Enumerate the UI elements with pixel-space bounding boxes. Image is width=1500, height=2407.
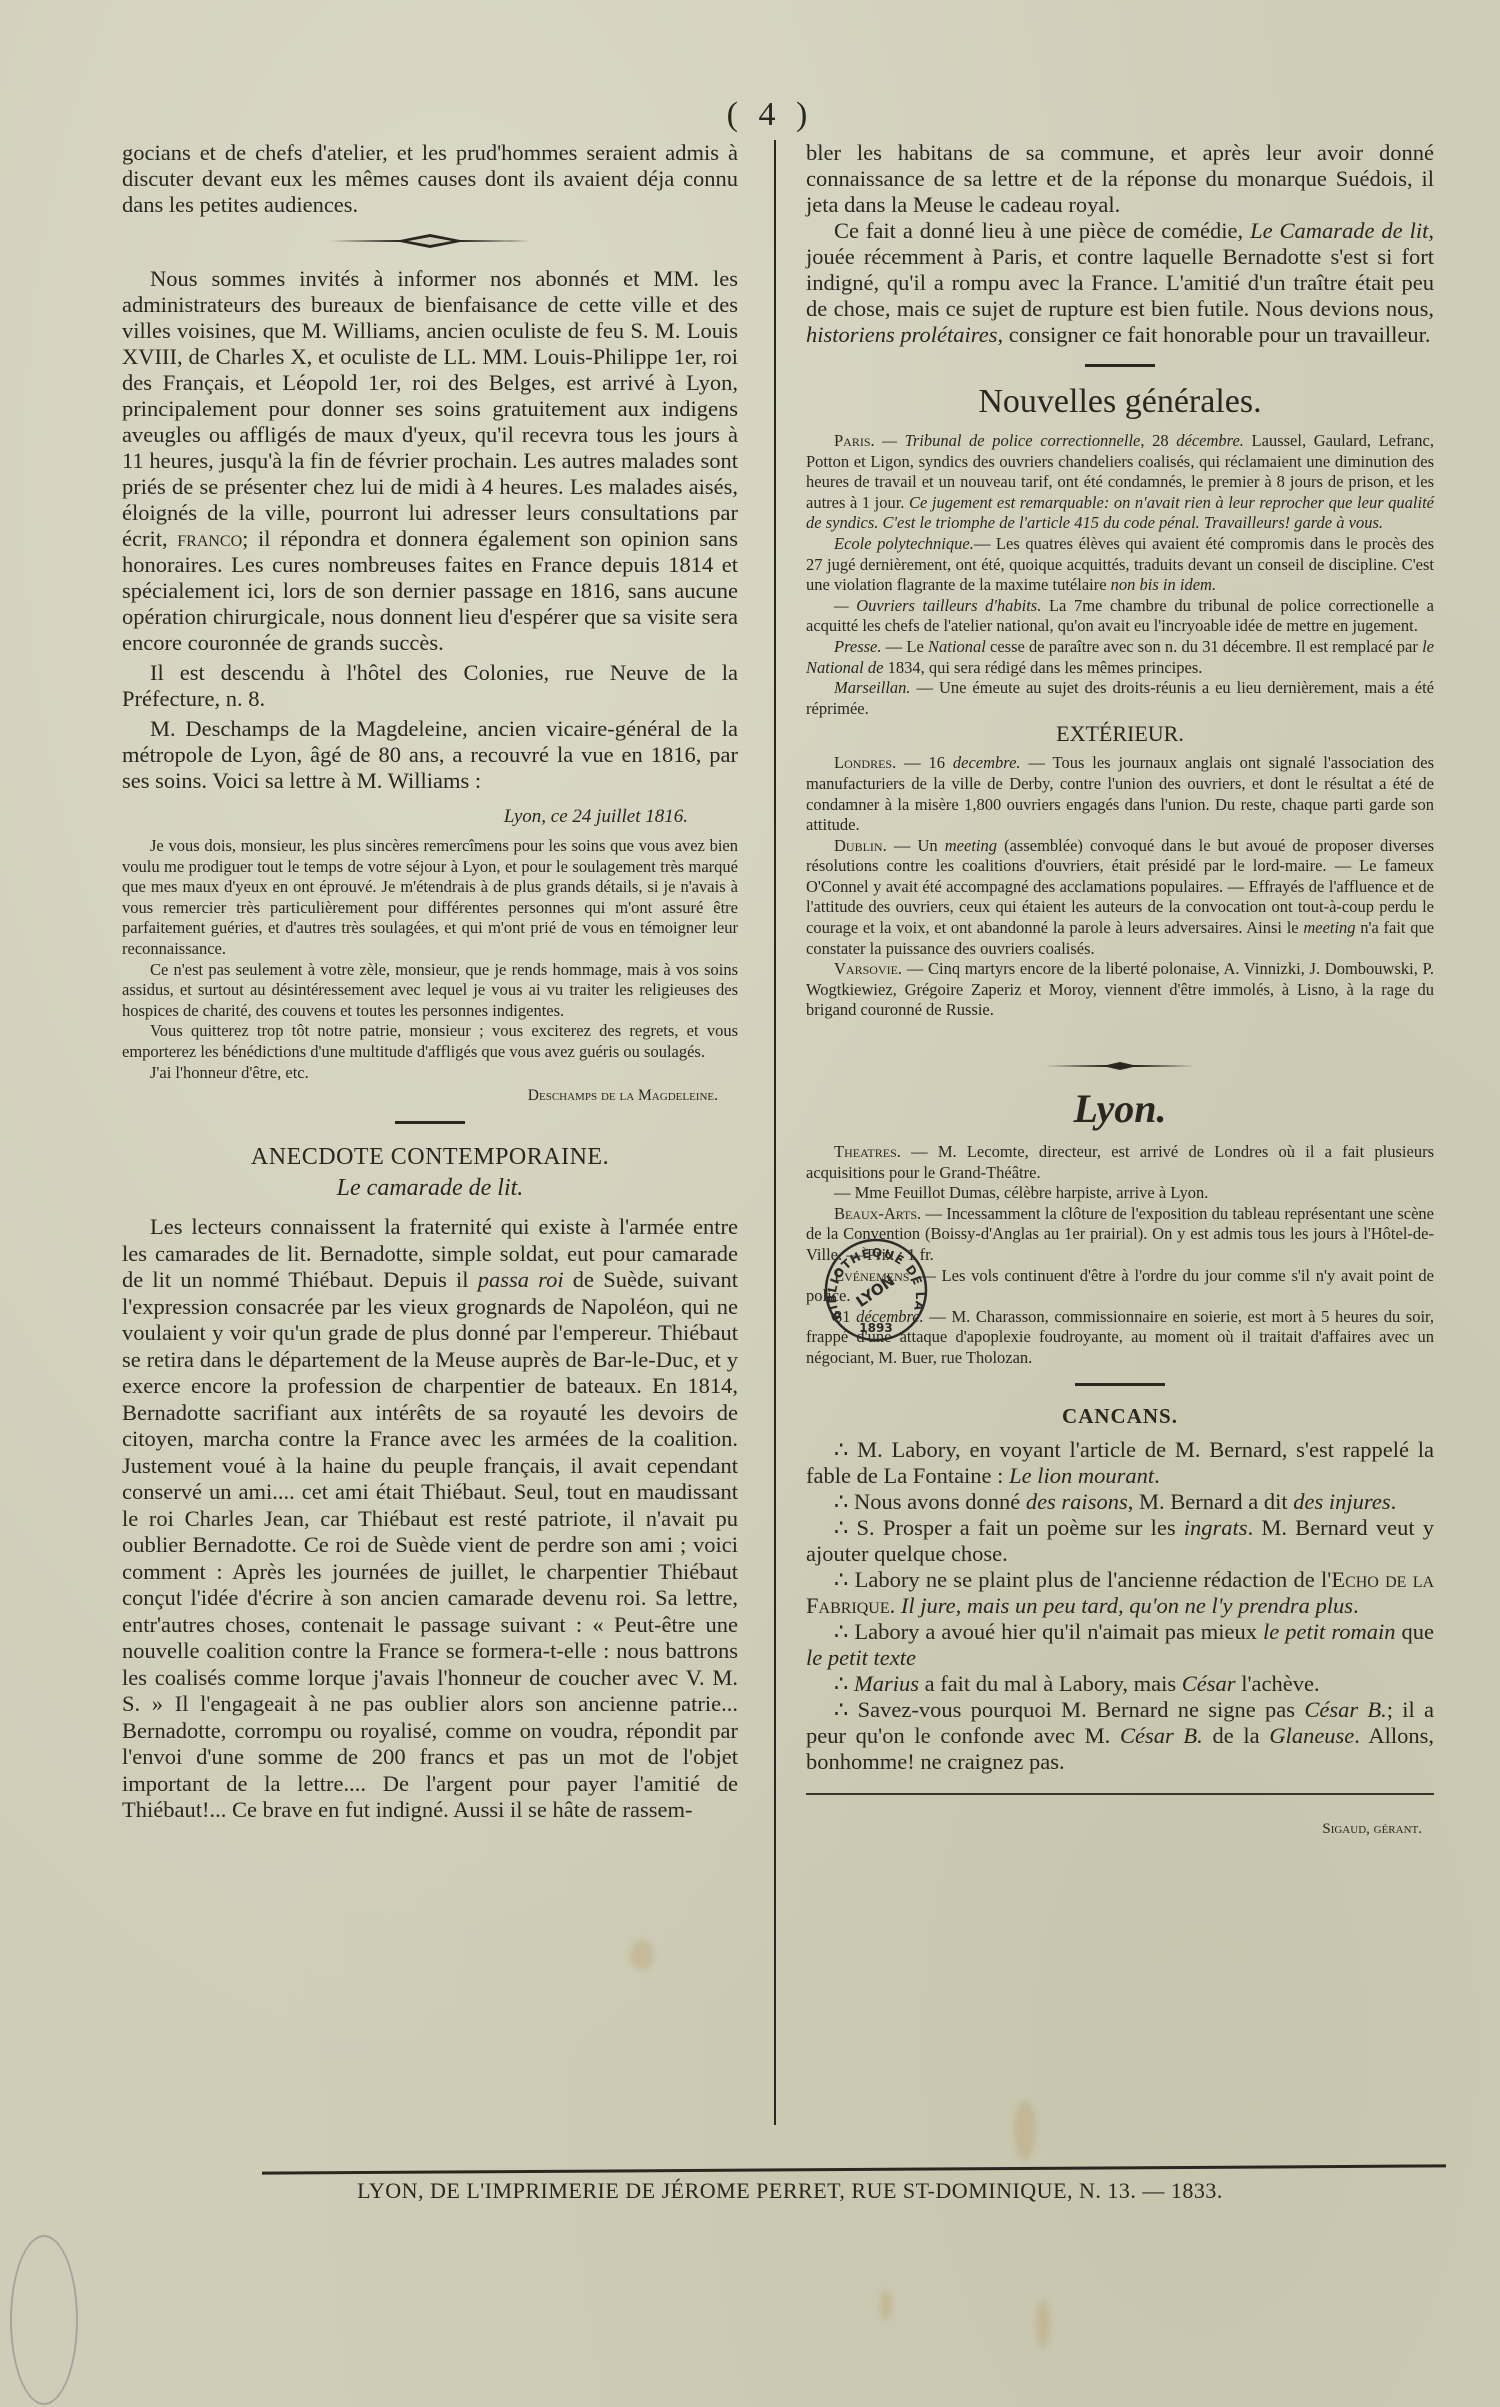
cancan-item: ∴ Labory ne se plaint plus de l'ancienne… (806, 1567, 1434, 1619)
letter-paragraph: J'ai l'honneur d'être, etc. (122, 1063, 738, 1084)
cancans-title: CANCANS. (806, 1404, 1434, 1429)
paper-stain (1014, 2100, 1036, 2160)
left-column: gocians et de chefs d'atelier, et les pr… (122, 140, 738, 1824)
nouvelles-title: Nouvelles générales. (806, 383, 1434, 421)
news-paris: Paris. — Tribunal de police correctionne… (806, 431, 1434, 534)
svg-text:BIBLIOTHÈQUE DE LA VILLE: BIBLIOTHÈQUE DE LA VILLE (822, 1236, 927, 1323)
news-dublin: Dublin. — Un meeting (assemblée) convoqu… (806, 836, 1434, 960)
faded-stamp-mark (10, 2235, 78, 2405)
lyon-theatres: Theatres. — M. Lecomte, directeur, est a… (806, 1142, 1434, 1183)
article-continuation: gocians et de chefs d'atelier, et les pr… (122, 140, 738, 218)
news-marseillan: Marseillan. — Une émeute au sujet des dr… (806, 678, 1434, 719)
paper-stain (630, 1940, 654, 1970)
cancan-item: ∴ Labory a avoué hier qu'il n'aimait pas… (806, 1619, 1434, 1671)
footer-rule (262, 2164, 1446, 2174)
letter-paragraph: Vous quitterez trop tôt notre patrie, mo… (122, 1021, 738, 1062)
page-number: ( 4 ) (725, 96, 815, 134)
deschamps-notice: M. Deschamps de la Magdeleine, ancien vi… (122, 716, 738, 794)
cancan-item: ∴ Marius a fait du mal à Labory, mais Cé… (806, 1671, 1434, 1697)
section-divider (806, 1793, 1434, 1795)
paper-stain (880, 2290, 892, 2320)
letter-signature: Deschamps de la Magdeleine. (122, 1087, 738, 1105)
ornament-divider-icon (1045, 1061, 1195, 1071)
letter-paragraph: Je vous dois, monsieur, les plus sincère… (122, 836, 738, 960)
column-divider (774, 140, 776, 2125)
paper-stain (1036, 2300, 1050, 2348)
news-londres: Londres. — 16 decembre. — Tous les journ… (806, 753, 1434, 835)
right-column: bler les habitans de sa commune, et aprè… (806, 140, 1434, 1838)
therefore-icon: ∴ (834, 1671, 848, 1696)
anecdote-title: ANECDOTE CONTEMPORAINE. (122, 1144, 738, 1171)
therefore-icon: ∴ (834, 1515, 848, 1540)
cancan-item: ∴ S. Prosper a fait un poème sur les ing… (806, 1515, 1434, 1567)
anecdote-body: Les lecteurs connaissent la fraternité q… (122, 1214, 738, 1824)
svg-text:1893: 1893 (859, 1321, 892, 1335)
hotel-notice: Il est descendu à l'hôtel des Colonies, … (122, 660, 738, 712)
lyon-harpiste: — Mme Feuillot Dumas, célèbre harpiste, … (806, 1183, 1434, 1204)
anecdote-continuation: bler les habitans de sa commune, et aprè… (806, 140, 1434, 218)
cancan-item: ∴ M. Labory, en voyant l'article de M. B… (806, 1437, 1434, 1489)
news-presse: Presse. — Le National cesse de paraître … (806, 637, 1434, 678)
anecdote-subtitle: Le camarade de lit. (122, 1175, 738, 1202)
news-varsovie: Varsovie. — Cinq martyrs encore de la li… (806, 959, 1434, 1021)
oculist-notice: Nous sommes invités à informer nos abonn… (122, 266, 738, 656)
therefore-icon: ∴ (834, 1619, 848, 1644)
news-ecole: Ecole polytechnique.— Les quatres élèves… (806, 534, 1434, 596)
cancan-item: ∴ Savez-vous pourquoi M. Bernard ne sign… (806, 1697, 1434, 1775)
gerant-signature: Sigaud, gérant. (806, 1821, 1434, 1838)
letter-dateline: Lyon, ce 24 juillet 1816. (122, 806, 738, 828)
svg-text:LYON: LYON (853, 1272, 898, 1311)
section-divider (1085, 364, 1155, 367)
news-tailleurs: — Ouvriers tailleurs d'habits. La 7me ch… (806, 596, 1434, 637)
lyon-title: Lyon. (806, 1085, 1434, 1132)
exterieur-title: EXTÉRIEUR. (806, 721, 1434, 747)
comedy-paragraph: Ce fait a donné lieu à une pièce de comé… (806, 218, 1434, 348)
ornament-divider-icon (330, 232, 530, 250)
therefore-icon: ∴ (834, 1437, 848, 1462)
letter-paragraph: Ce n'est pas seulement à votre zèle, mon… (122, 960, 738, 1022)
therefore-icon: ∴ (834, 1697, 848, 1722)
section-divider (395, 1121, 465, 1124)
therefore-icon: ∴ (834, 1489, 848, 1514)
printer-imprint: LYON, DE L'IMPRIMERIE DE JÉROME PERRET, … (200, 2178, 1380, 2204)
cancan-item: ∴ Nous avons donné des raisons, M. Berna… (806, 1489, 1434, 1515)
library-stamp-icon: BIBLIOTHÈQUE DE LA VILLE LYON 1893 (822, 1236, 930, 1344)
therefore-icon: ∴ (834, 1567, 848, 1592)
section-divider (1075, 1383, 1165, 1386)
